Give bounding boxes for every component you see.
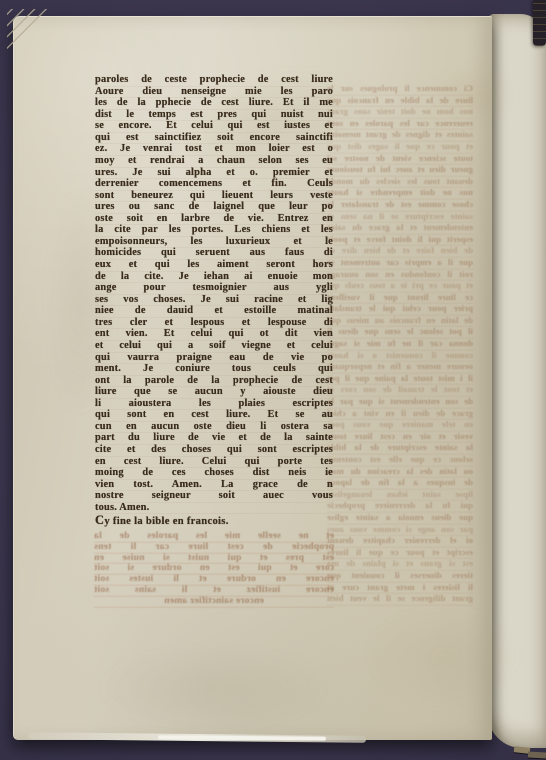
bleed-through-line: oeuure mener a fin et neporquant xyxy=(327,361,473,373)
explicit-line: Cy fine la bible en francois. xyxy=(95,514,333,528)
bleed-through-line: et tout le trauail de son cors et xyxy=(327,384,473,396)
bleed-through-line: saintes et dignes de grant memoire xyxy=(327,129,473,141)
bleed-through-line: nus ne doit emprendre si haute xyxy=(327,187,473,199)
text-line: ont la parole de la prophecie de cest xyxy=(95,375,333,387)
text-line: ment. Je coniure tous ceuls qui xyxy=(95,363,333,375)
main-text-lines: paroles de ceste prophecie de cest liure… xyxy=(95,74,333,513)
text-line: homicides qui seruent aus faus di xyxy=(95,247,333,259)
bleed-through-line: veoir et oir en cest liure toute xyxy=(327,431,473,443)
text-line: qui vaurra praigne eau de vie po xyxy=(95,352,333,364)
bleed-through-line: esperit qui li doint force et pooir xyxy=(327,234,473,246)
text-line: ures. Je sui alpha et o. premier et xyxy=(95,167,333,179)
bleed-through-line: oi el derrenier chapitre deuant xyxy=(327,535,473,547)
bleed-through-right-column: Ci commence li prologues sur leliure de … xyxy=(327,83,473,605)
parchment-stain xyxy=(98,648,328,728)
bleed-through-line: il pot selonc le sens que dieus li xyxy=(327,326,473,338)
bleed-through-line: li lisieres i mete grant cure et xyxy=(327,582,473,594)
text-line: ses vos choses. Je sui racine et lig xyxy=(95,294,333,306)
text-line: derrenier comencemens et fin. Ceuls xyxy=(95,178,333,190)
bleed-through-line: prophecie de cest liure car li tens xyxy=(94,542,334,553)
bleed-through-line: est si grans et si plains de ma xyxy=(327,558,473,570)
bleed-through-line: par son ange si comme vous aues xyxy=(327,524,473,536)
text-line: moy et rendrai a chaun selon ses eu xyxy=(95,155,333,167)
bleed-through-line: selonc ce que elle est contenue xyxy=(327,454,473,466)
text-line: qui est sainctifiez soit encore sainctif… xyxy=(95,132,333,144)
text-line: dist le temps est pres qui nuist nui xyxy=(95,109,333,121)
text-line: qui sont en cest liure. Et se au xyxy=(95,409,333,421)
bleed-through-line: ou latin des la creacion du mon xyxy=(327,466,473,478)
bleed-through-line: nus hom ne doit tenir sans grant xyxy=(327,106,473,118)
text-line: ures ou sanc de laignel que leur po xyxy=(95,201,333,213)
text-line: liure que se aucun y aiouste dieu xyxy=(95,386,333,398)
bleed-through-line: Ci commence li prologues sur le xyxy=(327,83,473,95)
bleed-through-line: sainte escripture se il na sens et xyxy=(327,211,473,223)
bleed-through-line: lipse saint iehan leuangeliste xyxy=(327,489,473,501)
text-line: li aioustera les plaies escriptes xyxy=(95,398,333,410)
bleed-through-line: escript et pour ce que li liures xyxy=(327,547,473,559)
bleed-through-line: de iusques a la fin de lapoca xyxy=(327,477,473,489)
text-line: paroles de ceste prophecie de cest liure xyxy=(95,74,333,86)
main-text-column: paroles de ceste prophecie de cest liure… xyxy=(95,74,333,528)
text-line: les de la pphecie de cest liure. Et il m… xyxy=(95,97,333,109)
text-line: vien tost. Amen. La grace de n xyxy=(95,479,333,491)
bleed-through-line: reuerence car les paroles en sont xyxy=(327,118,473,130)
bleed-through-line: grace de dieu il en vint a chief xyxy=(327,408,473,420)
bleed-through-line: il i mist toute la paine que il pot xyxy=(327,373,473,385)
bleed-through-line: que dieus enuoia a sainte eglise xyxy=(327,512,473,524)
bleed-through-line: et pour ce pri ie a tous ceuls qui xyxy=(327,280,473,292)
bleed-through-line: grant diligence se il le veut bien xyxy=(327,593,473,605)
text-line: Aoure dieu nenseigne mie les paro xyxy=(95,86,333,98)
bleed-through-line: liure de la bible en francois que xyxy=(327,95,473,107)
bleed-through-line: de bien faire et de bien dire ce xyxy=(327,245,473,257)
text-line: nostre seigneur soit auec vous xyxy=(95,490,333,502)
text-line: ez. Je venrai tost et mon loier est o xyxy=(95,143,333,155)
text-line: oste soit en larbre de vie. Entrez en xyxy=(95,213,333,225)
bleed-through-line: comme il couuenist a si haute xyxy=(327,350,473,362)
text-line: cite et des choses qui sont escriptes xyxy=(95,444,333,456)
underlying-page-edge xyxy=(488,14,546,748)
bleed-through-line: roit il confondus en son ouurage xyxy=(327,269,473,281)
bleed-through-line: prier pour celui qui le translata xyxy=(327,303,473,315)
bleed-through-line: qui fu la derreniere prophecie xyxy=(327,500,473,512)
bleed-through-line: et pour ce que li sages dist que xyxy=(327,141,473,153)
text-line: de la cite. Je iehan ai enuoie mon xyxy=(95,271,333,283)
text-line: se encore. Et celui qui est iustes et xyxy=(95,120,333,132)
text-line: tous. Amen. xyxy=(95,502,333,514)
text-line: cun en aucun oste dieu li ostera sa xyxy=(95,421,333,433)
binding-strap xyxy=(528,752,546,759)
bleed-through-line: deuant tous les siecles du monde xyxy=(327,176,473,188)
bleed-through-line: tieres diuerses il couuient que xyxy=(327,570,473,582)
text-line: la cite par les portes. Les chiens et le… xyxy=(95,224,333,236)
bleed-through-line: de latin en francois au mieus que xyxy=(327,315,473,327)
bleed-through-line: de son entendement si que par la xyxy=(327,396,473,408)
text-line: et celui qui a soif viegne et celui xyxy=(95,340,333,352)
bleed-through-line: entendement et la grace du saint xyxy=(327,222,473,234)
text-line: niee de dauid et estoille matinal xyxy=(95,305,333,317)
text-line: ent vien. Et celui qui ot dit vien xyxy=(95,328,333,340)
text-line: ange pour tesmoignier aus ygli xyxy=(95,282,333,294)
bleed-through-line: toute science vient de nostre sei xyxy=(327,153,473,165)
bleed-through-line: chose comme est de translater la xyxy=(327,199,473,211)
bleed-through-line: la sainte escripture de la bible xyxy=(327,442,473,454)
text-line: empoisonneurs, les luxurieux et le xyxy=(95,236,333,248)
bleed-through-lower-block: et ne seelle mie les paroles de laprophe… xyxy=(94,531,334,607)
bleed-through-line: ce liure liront que il vueillent xyxy=(327,292,473,304)
manuscript-photo: Ci commence li prologues sur leliure de … xyxy=(0,0,546,760)
text-line: eux et qui les aiment seront hors xyxy=(95,259,333,271)
text-line: sont beneurez qui lieuent leurs veste xyxy=(95,190,333,202)
text-line: tres cler et lespous et lespouse di xyxy=(95,317,333,329)
bleed-through-line: en tele maniere que vous poez xyxy=(327,419,473,431)
text-line: moing de ces choses dist neis ie xyxy=(95,467,333,479)
binding-clasp xyxy=(533,0,546,46)
text-line: en cest liure. Celui qui porte tes xyxy=(95,456,333,468)
bleed-through-line: que il a empris car autrement se xyxy=(327,257,473,269)
bleed-through-line: gneur dieu et auec lui fu tousiours xyxy=(327,164,473,176)
bleed-through-line: encore sainctifiez amen xyxy=(94,596,334,607)
text-line: part du liure de vie et de la sainte xyxy=(95,432,333,444)
bleed-through-line: donna car il ne fu mie si sages xyxy=(327,338,473,350)
